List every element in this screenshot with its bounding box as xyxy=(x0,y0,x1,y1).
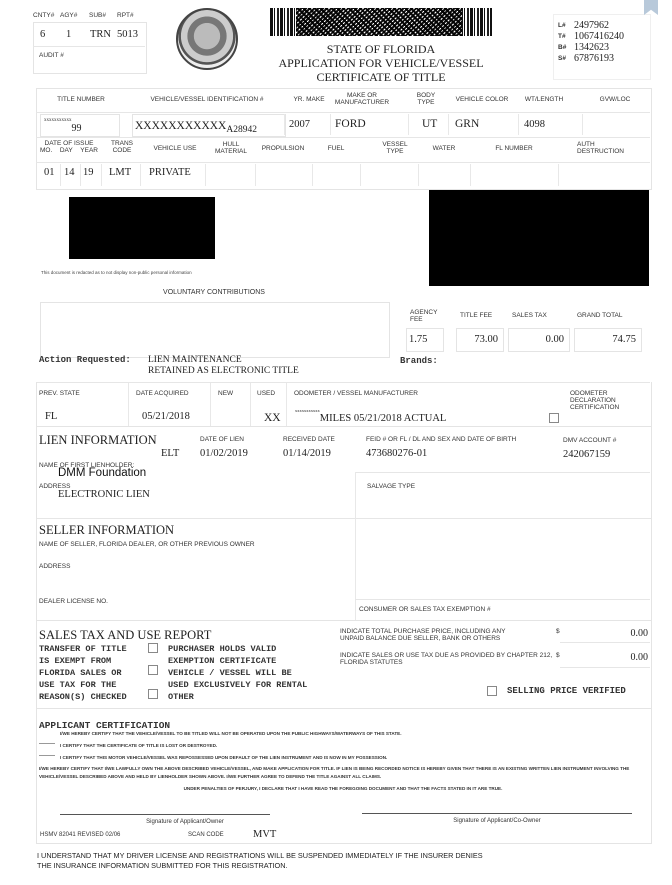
wt-length-value: 4098 xyxy=(524,119,545,130)
insurance-notice-line2: THE INSURANCE INFORMATION SUBMITTED FOR … xyxy=(37,861,483,871)
insurance-notice: I UNDERSTAND THAT MY DRIVER LICENSE AND … xyxy=(37,851,483,871)
audit-label: AUDIT # xyxy=(39,52,64,59)
insurance-notice-line1: I UNDERSTAND THAT MY DRIVER LICENSE AND … xyxy=(37,851,483,861)
agency-fee-label: AGENCY FEE xyxy=(410,309,450,323)
used-label: USED xyxy=(257,390,275,397)
title-fee-value: 73.00 xyxy=(456,334,498,345)
id-label: S# xyxy=(558,55,574,62)
body-type-value: UT xyxy=(422,118,437,130)
fl-number-label: FL NUMBER xyxy=(484,145,544,152)
cnty-value: 6 xyxy=(40,29,45,40)
ids-list: L#2497962 T#1067416240 B#1342623 S#67876… xyxy=(558,20,624,64)
date-acquired-value: 05/21/2018 xyxy=(142,411,190,422)
propulsion-label: PROPULSION xyxy=(255,145,311,152)
id-row-t: T#1067416240 xyxy=(558,31,624,42)
id-row-l: L#2497962 xyxy=(558,20,624,31)
id-value: 67876193 xyxy=(574,53,614,64)
redaction-note: This document is redacted as to not disp… xyxy=(41,270,192,275)
odometer-reading: MILES 05/21/2018 ACTUAL xyxy=(320,413,447,424)
form-title-line3: CERTIFICATE OF TITLE xyxy=(270,70,492,84)
sub-value: TRN xyxy=(90,29,111,40)
title-number-label: TITLE NUMBER xyxy=(36,96,126,103)
agy-label: AGY# xyxy=(60,12,77,19)
lien-box xyxy=(36,426,652,519)
vehicle-use-label: VEHICLE USE xyxy=(145,145,205,152)
color-value: GRN xyxy=(455,118,479,130)
trans-code-label: TRANS CODE xyxy=(106,140,138,154)
yr-make-value: 2007 xyxy=(289,119,310,130)
brands-label: Brands: xyxy=(400,356,438,366)
vin-value: XXXXXXXXXXXA28942 xyxy=(135,116,257,134)
make-label: MAKE or MANUFACTURER xyxy=(332,92,392,106)
trans-code-value: LMT xyxy=(109,167,131,178)
id-label: T# xyxy=(558,33,574,40)
id-value: 2497962 xyxy=(574,20,609,31)
form-title-line1: STATE OF FLORIDA xyxy=(270,42,492,56)
fuel-label: FUEL xyxy=(318,145,354,152)
action-line2: RETAINED AS ELECTRONIC TITLE xyxy=(148,366,299,376)
body-type-label: BODY TYPE xyxy=(410,92,442,106)
date-of-issue-label: DATE OF ISSUE MO.DAYYEAR xyxy=(38,140,100,154)
make-value: FORD xyxy=(335,118,366,130)
odometer-cert-checkbox[interactable] xyxy=(549,413,559,423)
hull-material-label: HULL MATERIAL xyxy=(210,141,252,155)
bookmark-icon[interactable] xyxy=(644,0,658,15)
odometer-cert-label: ODOMETER DECLARATION CERTIFICATION xyxy=(570,390,630,411)
rpt-value: 5013 xyxy=(117,29,138,40)
odometer-masked: xxxxxxxxxxx xyxy=(295,408,320,413)
wt-length-label: WT/LENGTH xyxy=(518,96,570,103)
prev-state-label: PREV. STATE xyxy=(39,390,80,397)
sales-tax-value: 0.00 xyxy=(508,334,564,345)
odometer-value: xxxxxxxxxxxMILES 05/21/2018 ACTUAL xyxy=(295,408,446,426)
id-label: L# xyxy=(558,22,574,29)
vin-label: VEHICLE/VESSEL IDENTIFICATION # xyxy=(132,96,282,103)
agency-fee-value: 1.75 xyxy=(409,334,427,345)
date-of-issue-subheads: MO.DAYYEAR xyxy=(38,147,100,154)
id-row-s: S#67876193 xyxy=(558,53,624,64)
redacted-block-right xyxy=(429,190,649,286)
vin-masked: XXXXXXXXXXX xyxy=(135,120,226,132)
title-number-masked: xxxxxxxxxxx xyxy=(44,118,72,123)
voluntary-contributions-field[interactable] xyxy=(40,302,390,358)
vin-suffix: A28942 xyxy=(226,125,257,135)
form-title: STATE OF FLORIDA APPLICATION FOR VEHICLE… xyxy=(270,42,492,84)
vehicle-color-label: VEHICLE COLOR xyxy=(446,96,518,103)
certification-box xyxy=(36,708,652,844)
id-row-b: B#1342623 xyxy=(558,42,624,53)
date-acquired-label: DATE ACQUIRED xyxy=(136,390,189,397)
agy-value: 1 xyxy=(66,29,71,40)
gvw-loc-label: GVW/LOC xyxy=(585,96,645,103)
redacted-block-left xyxy=(69,197,215,259)
action-line1: LIEN MAINTENANCE xyxy=(148,355,242,365)
issue-year-value: 19 xyxy=(83,167,94,178)
year-label: YEAR xyxy=(80,147,98,154)
grand-total-label: GRAND TOTAL xyxy=(577,312,623,319)
title-fee-label: TITLE FEE xyxy=(460,312,492,319)
form-title-line2: APPLICATION FOR VEHICLE/VESSEL xyxy=(270,56,492,70)
vessel-type-label: VESSEL TYPE xyxy=(378,141,412,155)
seller-box xyxy=(36,518,652,621)
barcode-pattern xyxy=(296,8,462,36)
mo-label: MO. xyxy=(40,147,52,154)
used-value: XX xyxy=(264,412,281,424)
sub-label: SUB# xyxy=(89,12,106,19)
title-number-suffix: 99 xyxy=(72,123,82,134)
cnty-label: CNTY# xyxy=(33,12,54,19)
prev-state-value: FL xyxy=(45,411,57,422)
id-value: 1067416240 xyxy=(574,31,624,42)
rpt-label: RPT# xyxy=(117,12,134,19)
title-number-value: xxxxxxxxxxx99 xyxy=(44,118,82,136)
sales-tax-label: SALES TAX xyxy=(512,312,547,319)
day-label: DAY xyxy=(60,147,73,154)
date-of-issue-title: DATE OF ISSUE xyxy=(38,140,100,147)
odometer-label: ODOMETER / VESSEL MANUFACTURER xyxy=(294,390,418,397)
water-label: WATER xyxy=(424,145,464,152)
issue-day-value: 14 xyxy=(64,167,75,178)
voluntary-contributions-label: VOLUNTARY CONTRIBUTIONS xyxy=(40,289,388,297)
new-label: NEW xyxy=(218,390,233,397)
issue-mo-value: 01 xyxy=(44,167,55,178)
sales-tax-box xyxy=(36,620,652,709)
auth-destruction-label: AUTH DESTRUCTION xyxy=(577,141,637,155)
vehicle-use-value: PRIVATE xyxy=(149,167,191,178)
action-requested-label: Action Requested: xyxy=(39,355,131,365)
id-value: 1342623 xyxy=(574,42,609,53)
florida-state-seal-icon xyxy=(176,8,238,70)
grand-total-value: 74.75 xyxy=(574,334,636,345)
yr-make-label: YR. MAKE xyxy=(284,96,334,103)
id-label: B# xyxy=(558,44,574,51)
